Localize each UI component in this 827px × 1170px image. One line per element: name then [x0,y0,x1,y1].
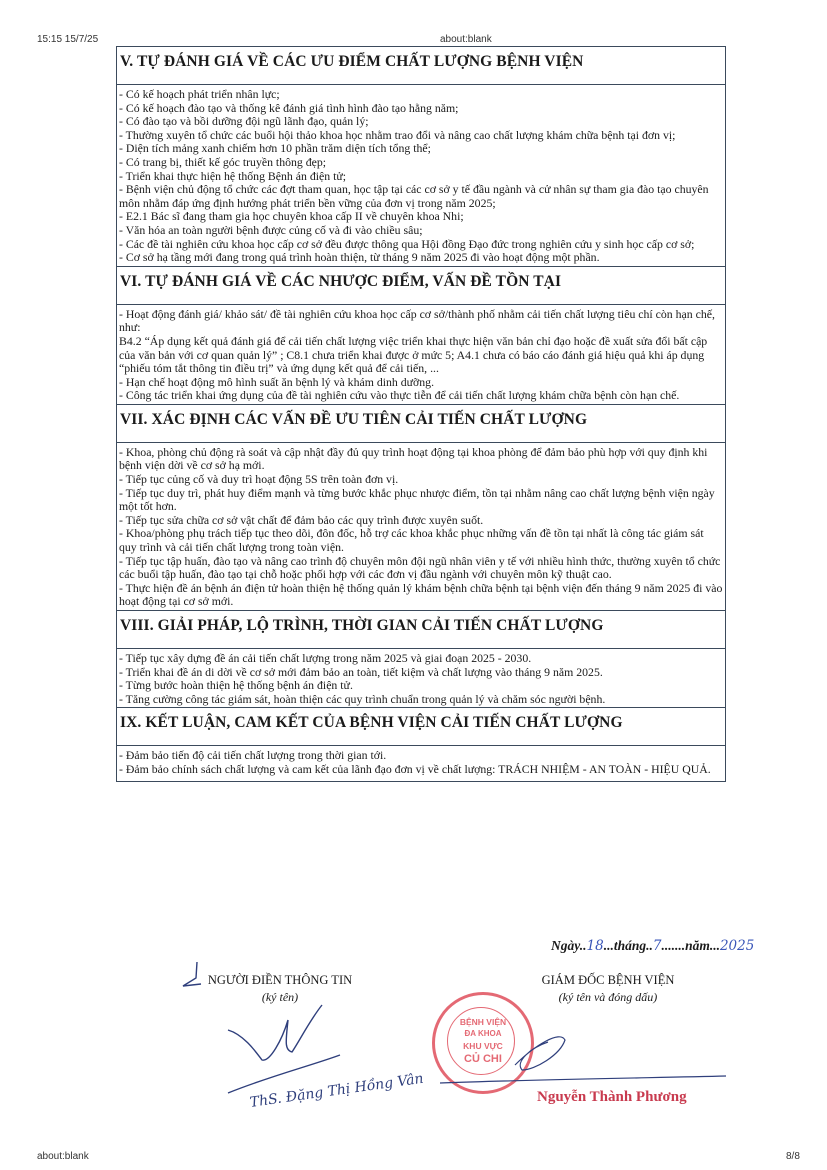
right-signature-icon [440,1037,726,1083]
handwritten-signatures [0,0,827,1170]
left-signature-icon [183,962,340,1093]
right-signer-name: Nguyễn Thành Phương [537,1089,687,1106]
print-footer-page-number: 8/8 [786,1151,800,1162]
print-footer-url: about:blank [37,1151,89,1162]
